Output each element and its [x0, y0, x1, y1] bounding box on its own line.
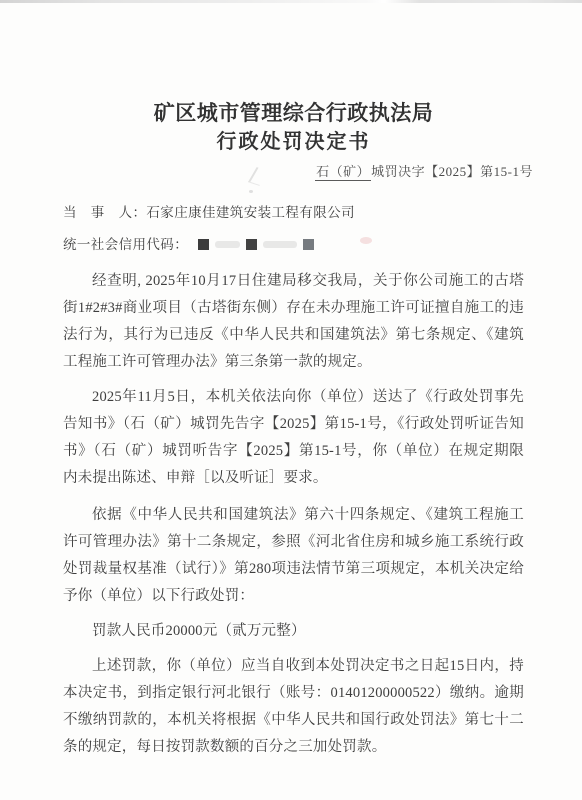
scan-artifact-top-line [0, 0, 582, 3]
document-number-prefix: 石（矿） [315, 164, 371, 181]
credit-code-label: 统一社会信用代码： [63, 235, 188, 254]
redaction-blocks-icon [198, 239, 314, 250]
redaction-smear-1 [215, 241, 240, 248]
paragraph-legal-basis: 依据《中华人民共和国建筑法》第六十四条规定、《建筑工程施工许可管理办法》第十二条… [63, 502, 524, 610]
party-name: 石家庄康佳建筑安装工程有限公司 [146, 205, 355, 220]
issuing-agency-title: 矿区城市管理综合行政执法局 [63, 99, 524, 128]
redaction-block-2 [246, 239, 257, 250]
redaction-block-3 [303, 239, 314, 250]
party-line: 当 事 人：石家庄康佳建筑安装工程有限公司 [63, 203, 524, 222]
party-label: 当 事 人： [63, 205, 146, 220]
redaction-block-1 [198, 239, 209, 250]
document-body: 经查明, 2025年10月17日住建局移交我局，关于你公司施工的古塔街1#2#3… [63, 268, 524, 761]
scan-smudge-pink [360, 237, 372, 244]
paragraph-notification: 2025年11月5日，本机关依法向你（单位）送达了《行政处罚事先告知书》（石（矿… [63, 384, 524, 492]
document-number-rest: 城罚决字【2025】第15-1号 [371, 164, 533, 179]
document-title: 行政处罚决定书 [63, 128, 524, 157]
scanned-document-page: 矿区城市管理综合行政执法局 行政处罚决定书 石（矿）城罚决字【2025】第15-… [0, 0, 582, 800]
paragraph-penalty-amount: 罚款人民币20000元（贰万元整） [63, 618, 524, 645]
paragraph-payment-instructions: 上述罚款，你（单位）应当自收到本处罚决定书之日起15日内，持本决定书，到指定银行… [63, 653, 524, 761]
document-content: 矿区城市管理综合行政执法局 行政处罚决定书 石（矿）城罚决字【2025】第15-… [0, 0, 582, 761]
scan-smudge-dot [249, 190, 253, 193]
document-number: 石（矿）城罚决字【2025】第15-1号 [63, 163, 533, 180]
party-info-section: 当 事 人：石家庄康佳建筑安装工程有限公司 统一社会信用代码： [63, 203, 524, 254]
paragraph-findings: 经查明, 2025年10月17日住建局移交我局，关于你公司施工的古塔街1#2#3… [63, 268, 524, 376]
redaction-smear-2 [263, 241, 297, 248]
credit-code-line: 统一社会信用代码： [63, 235, 524, 254]
